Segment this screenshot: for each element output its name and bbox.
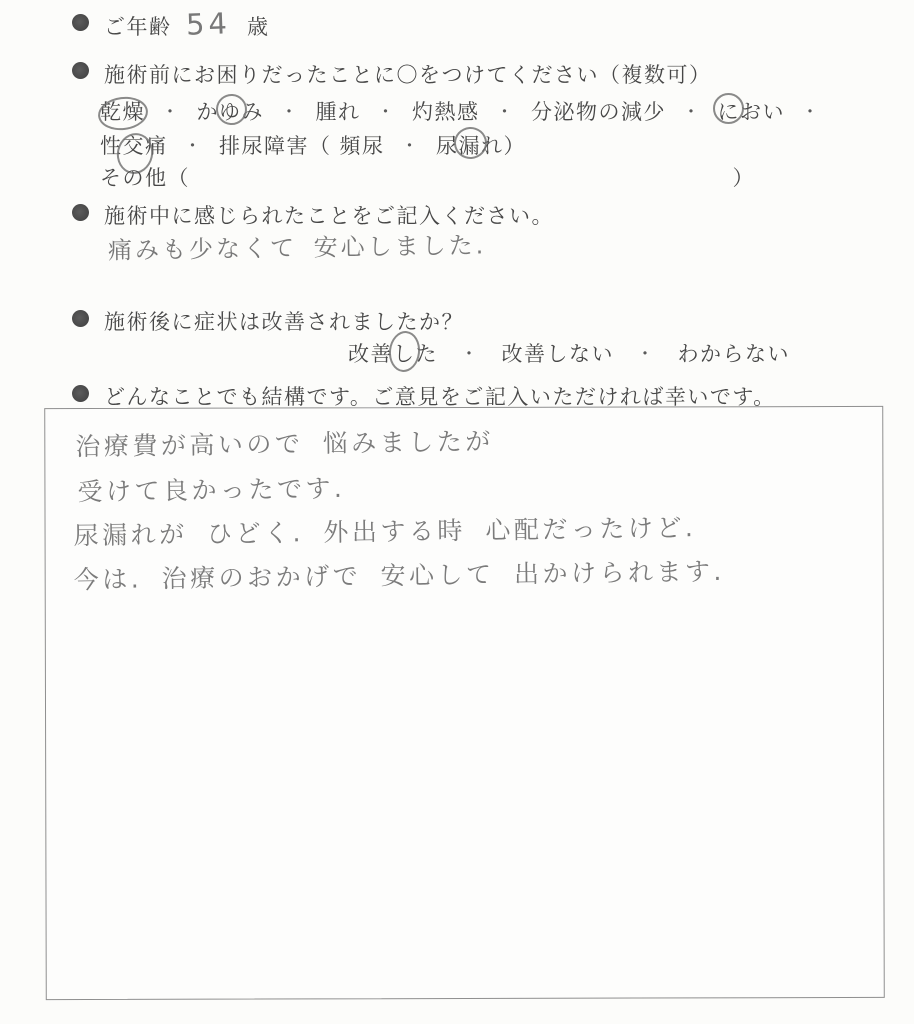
pre-treatment-other-row: その他（ ） <box>100 162 755 192</box>
option-kansou: 乾燥 <box>100 96 145 126</box>
bullet-icon <box>72 204 89 221</box>
option-separator: ・ <box>280 98 300 124</box>
bullet-icon <box>72 310 89 327</box>
option-separator: ・ <box>377 98 397 124</box>
option-seikotsu: 性交痛 <box>100 130 168 160</box>
age-handwritten-value: 54 <box>185 6 231 42</box>
during-treatment-handwritten-answer: 痛みも少なくて 安心しました. <box>108 225 487 265</box>
after-treatment-question: 施術後に症状は改善されましたか？ <box>104 306 464 336</box>
option-separator: ・ <box>496 98 516 124</box>
scanned-survey-form: { "colors": { "ink": "#474747", "hand": … <box>0 0 914 1024</box>
comment-line-3: 尿漏れが ひどく. 外出する時 心配だったけど. <box>73 508 696 552</box>
option-nioi: におい <box>718 96 786 126</box>
comments-box: 治療費が高いので 悩みましたが 受けて良かったです. 尿漏れが ひどく. 外出す… <box>44 406 885 1000</box>
option-hare: 腫れ <box>316 96 361 126</box>
option-nyomore: 尿漏れ <box>436 130 504 160</box>
option-separator: ・ <box>184 132 204 158</box>
bullet-icon <box>72 62 89 79</box>
option-separator: ・ <box>161 98 181 124</box>
bullet-icon <box>72 385 89 402</box>
other-label: その他（ <box>100 162 190 192</box>
option-kaizen-shita: 改善した <box>348 338 438 368</box>
option-kaizen-shinai: 改善しない <box>502 338 615 368</box>
comment-line-2: 受けて良かったです. <box>77 469 345 509</box>
age-unit-label: 歳 <box>247 11 270 41</box>
other-close-paren: ） <box>733 162 756 192</box>
option-shakunetsukan: 灼熱感 <box>412 96 480 126</box>
comment-line-4: 今は. 治療のおかげで 安心して 出かけられます. <box>73 552 725 597</box>
option-separator: ・ <box>460 340 480 366</box>
bullet-icon <box>72 14 89 31</box>
pre-treatment-options-line2: 性交痛 ・ 排尿障害（ 頻尿 ・ 尿漏れ ） <box>100 130 526 160</box>
option-wakaranai: わからない <box>678 338 791 368</box>
option-bunpibutsu: 分泌物の減少 <box>531 96 666 126</box>
option-separator: ・ <box>801 98 821 124</box>
option-hinnyo: 頻尿 <box>340 130 385 160</box>
pre-treatment-question: 施術前にお困りだったことに〇をつけてください（複数可） <box>104 59 712 89</box>
option-kayumi: かゆみ <box>197 96 265 126</box>
after-treatment-options: 改善した ・ 改善しない ・ わからない <box>348 338 790 368</box>
comment-line-1: 治療費が高いので 悩みましたが <box>75 422 494 463</box>
during-treatment-question: 施術中に感じられたことをご記入ください。 <box>104 200 554 230</box>
option-separator: ・ <box>401 132 421 158</box>
option-separator: ・ <box>682 98 702 124</box>
option-hainyo-label: 排尿障害（ <box>219 130 332 160</box>
close-paren: ） <box>504 130 527 160</box>
age-question-label: ご年齢 <box>104 11 172 41</box>
pre-treatment-options-line1: 乾燥 ・ かゆみ ・ 腫れ ・ 灼熱感 ・ 分泌物の減少 ・ におい ・ <box>100 96 837 126</box>
option-separator: ・ <box>636 340 656 366</box>
